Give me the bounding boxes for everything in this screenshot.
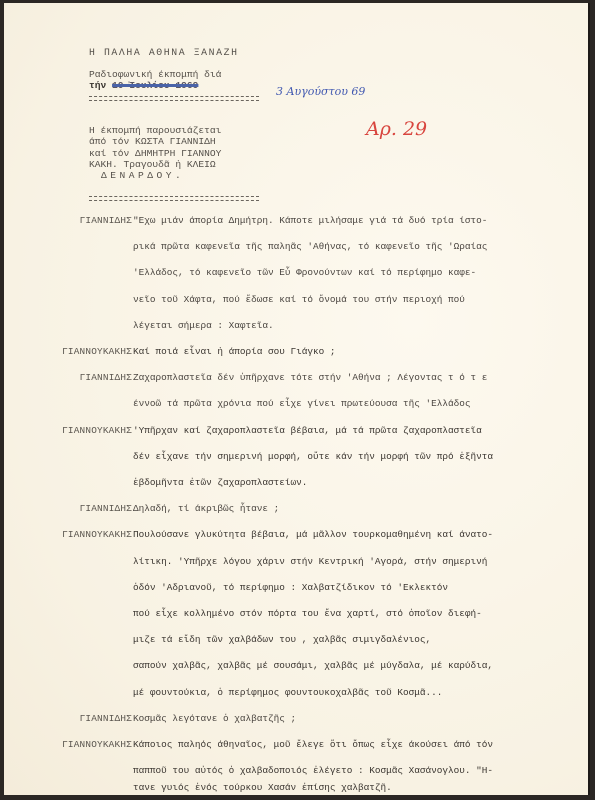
dialogue-line: πού εἶχε κολλημένο στόν πόρτα του ἕνα χα… <box>133 608 482 619</box>
document-page: Η ΠΑΛΗΑ ΑΘΗΝΑ ΞΑΝΑΖΗ Ραδιοφωνική έκπομπή… <box>4 3 590 795</box>
speaker-name: ΓΙΑΝΝΟΥΚΑΚΗΣ <box>62 346 132 357</box>
speaker-name: ΓΙΑΝΝΙΔΗΣ <box>80 713 132 724</box>
dialogue-line: Κάποιος παληός άθηναῖος, μοῦ ἔλεγε ὅτι ὅ… <box>133 739 493 750</box>
dialogue-line: Ζαχαροπλαστεῖα δέν ὑπῆρχανε τότε στήν 'Α… <box>133 372 487 383</box>
date-prefix: τήν <box>89 80 106 91</box>
dialogue-line: τανε γυιός ἑνός τούρκου Χασάν ἐπίσης χαλ… <box>133 782 392 793</box>
handwritten-number: Αρ. 29 <box>366 118 427 140</box>
presenter-line: καί τόν ΔΗΜΗΤΡΗ ΓΙΑΝΝΟΥ <box>89 148 221 159</box>
dialogue-line: έννοῶ τά πρῶτα χρόνια πού εἶχε γίνει πρω… <box>133 398 471 409</box>
dialogue-line: 'Ελλάδος, τό καφενεῖο τῶν Εὖ Φρονούντων … <box>133 267 476 278</box>
dialogue-line: λέγεται σήμερα : Χαφτεῖα. <box>133 320 274 331</box>
divider-bottom <box>89 196 259 201</box>
dialogue-line: "Εχω μιάν άπορία Δημήτρη. Κάποτε μιλήσαμ… <box>133 215 487 226</box>
presenter-line: Η έκπομπή παρουσιάζεται <box>89 125 221 136</box>
speaker-name: ΓΙΑΝΝΙΔΗΣ <box>80 372 132 383</box>
dialogue-line: μιζε τά εἴδη τῶν χαλβάδων του , χαλβᾶς σ… <box>133 634 431 645</box>
dialogue-line: 'Υπῆρχαν καί ζαχαροπλαστεῖα βέβαια, μά τ… <box>133 425 482 436</box>
dialogue-line: παπποῦ του αὐτός ὁ χαλβαδοποιός ἐλέγετο … <box>133 765 493 776</box>
dialogue-line: λίτικη. 'Υπῆρχε λόγου χάριν στήν Κεντρικ… <box>133 556 487 567</box>
dialogue-line: ρικά πρῶτα καφενεῖα τῆς παληᾶς 'Αθήνας, … <box>133 241 487 252</box>
speaker-name: ΓΙΑΝΝΟΥΚΑΚΗΣ <box>62 425 132 436</box>
presenter-line: άπό τόν ΚΩΣΤΑ ΓΙΑΝΝΙΔΗ <box>89 136 221 147</box>
dialogue-line: Κοσμᾶς λεγότανε ὁ χαλβατζῆς ; <box>133 713 296 724</box>
dialogue-line: σαπούν χαλβᾶς, χαλβᾶς μέ σουσάμι, χαλβᾶς… <box>133 660 493 671</box>
document-title: Η ΠΑΛΗΑ ΑΘΗΝΑ ΞΑΝΑΖΗ <box>89 47 239 58</box>
dialogue-line: ἑβδομῆντα ἐτῶν ζαχαροπλαστείων. <box>133 477 307 488</box>
dialogue-line: μέ φουντούκια, ὁ περίφημος φουντουκοχαλβ… <box>133 687 442 698</box>
dialogue-line: Πουλούσανε γλυκύτητα βέβαια, μά μᾶλλον τ… <box>133 529 493 540</box>
dialogue-line: δέν εἶχανε τήν σημερινή μορφή, οὔτε κάν … <box>133 451 493 462</box>
dialogue-line: Δηλαδή, τί άκριβῶς ἦτανε ; <box>133 503 279 514</box>
dialogue-line: Καί ποιά εἶναι ἡ άπορία σου Γιάγκο ; <box>133 346 336 357</box>
document-subtitle: Ραδιοφωνική έκπομπή διά <box>89 69 221 80</box>
broadcast-date-line: τήν 10 Ἰουλίου 1969 <box>89 80 198 91</box>
dialogue-line: νεῖο τοῦ Χάφτα, πού ἔδωσε καί τό ὄνομά τ… <box>133 294 465 305</box>
presenters-block: Η έκπομπή παρουσιάζεταιάπό τόν ΚΩΣΤΑ ΓΙΑ… <box>89 125 221 181</box>
speaker-name: ΓΙΑΝΝΟΥΚΑΚΗΣ <box>62 529 132 540</box>
handwritten-date: 3 Αυγούστου 69 <box>276 85 365 98</box>
speaker-name: ΓΙΑΝΝΟΥΚΑΚΗΣ <box>62 739 132 750</box>
presenter-line: ΚΑΚΗ. Τραγουδᾶ ἡ ΚΛΕΙΩ <box>89 159 221 170</box>
speaker-name: ΓΙΑΝΝΙΔΗΣ <box>80 215 132 226</box>
struck-out-date: 10 Ἰουλίου 1969 <box>112 80 198 91</box>
speaker-name: ΓΙΑΝΝΙΔΗΣ <box>80 503 132 514</box>
dialogue-line: ὁδόν 'Αδριανοῦ, τό περίφημο : Χαλβατζίδι… <box>133 582 448 593</box>
presenter-line: ΔΕΝΑΡΔΟΥ. <box>89 170 221 181</box>
divider-top <box>89 96 259 101</box>
